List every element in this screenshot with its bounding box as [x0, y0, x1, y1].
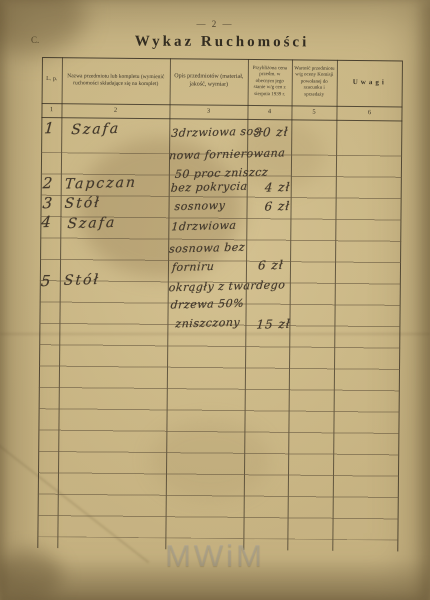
entry-4-price: 6 zł	[257, 258, 284, 273]
page-number: — 2 —	[0, 19, 430, 29]
col-number: 5	[291, 105, 336, 119]
entry-4-desc-line-1: 1drzwiowa	[171, 219, 237, 234]
entry-4-desc-line-2: sosnowa bez	[169, 241, 246, 256]
entry-3-number: 3	[42, 194, 53, 212]
entry-2-price: 4 zł	[264, 180, 291, 195]
col-header-value: Wartość przedmiotu w/g oceny Komisji pow…	[292, 59, 337, 105]
entry-1-desc-line-1: 3drzwiowa sos-	[171, 125, 265, 140]
entry-2-desc-line-1: bez pokrycia	[170, 180, 248, 195]
col-header-description: Opis przedmiotów (materiał, jakość, wymi…	[170, 58, 248, 105]
entry-4-number: 4	[41, 213, 52, 231]
entry-5-number: 5	[40, 272, 51, 290]
entry-1-name: Szafa	[71, 121, 121, 138]
entry-3-name: Stół	[64, 195, 101, 212]
paper-edge-shadow	[0, 0, 5, 600]
movables-table: L. p. Nazwa przedmiotu lub kompletu (wym…	[37, 57, 403, 551]
col-number: 2	[61, 103, 169, 118]
paper-corner-shadow	[0, 550, 62, 600]
paper-edge-shadow	[420, 0, 430, 600]
entry-4-name: Szafa	[67, 215, 117, 232]
col-number: 1	[41, 103, 61, 117]
entry-5-desc-line-2: drzewa 50%	[170, 297, 245, 312]
entry-2-number: 2	[42, 174, 53, 192]
entry-1-desc-line-3: 50 proc zniszcz	[174, 166, 268, 181]
col-header-remarks: Uwagi	[337, 60, 403, 107]
paper-edge-shadow	[0, 558, 430, 600]
entry-3-desc-line-1: sosnowy	[174, 199, 226, 213]
entry-1-number: 1	[44, 119, 55, 137]
col-header-lp: L. p.	[42, 57, 62, 103]
entry-5-name: Stół	[63, 272, 100, 289]
entry-5-desc-line-3: zniszczony	[175, 316, 241, 331]
col-header-name: Nazwa przedmiotu lub kompletu (wymienić …	[62, 57, 170, 104]
entry-4-desc-line-3: forniru	[171, 260, 214, 274]
entry-1-price: 30 zł	[254, 125, 289, 140]
entry-5-price: 15 zł	[256, 317, 291, 332]
col-number: 3	[169, 104, 247, 119]
page-title: Wykaz Ruchomości	[0, 33, 430, 52]
entry-3-price: 6 zł	[264, 199, 291, 214]
col-number: 4	[247, 105, 291, 119]
col-header-price: Przybliżona cena przedm. w obecnym jego …	[248, 59, 292, 105]
col-number: 6	[336, 106, 402, 121]
entry-2-name: Tapczan	[64, 175, 137, 193]
